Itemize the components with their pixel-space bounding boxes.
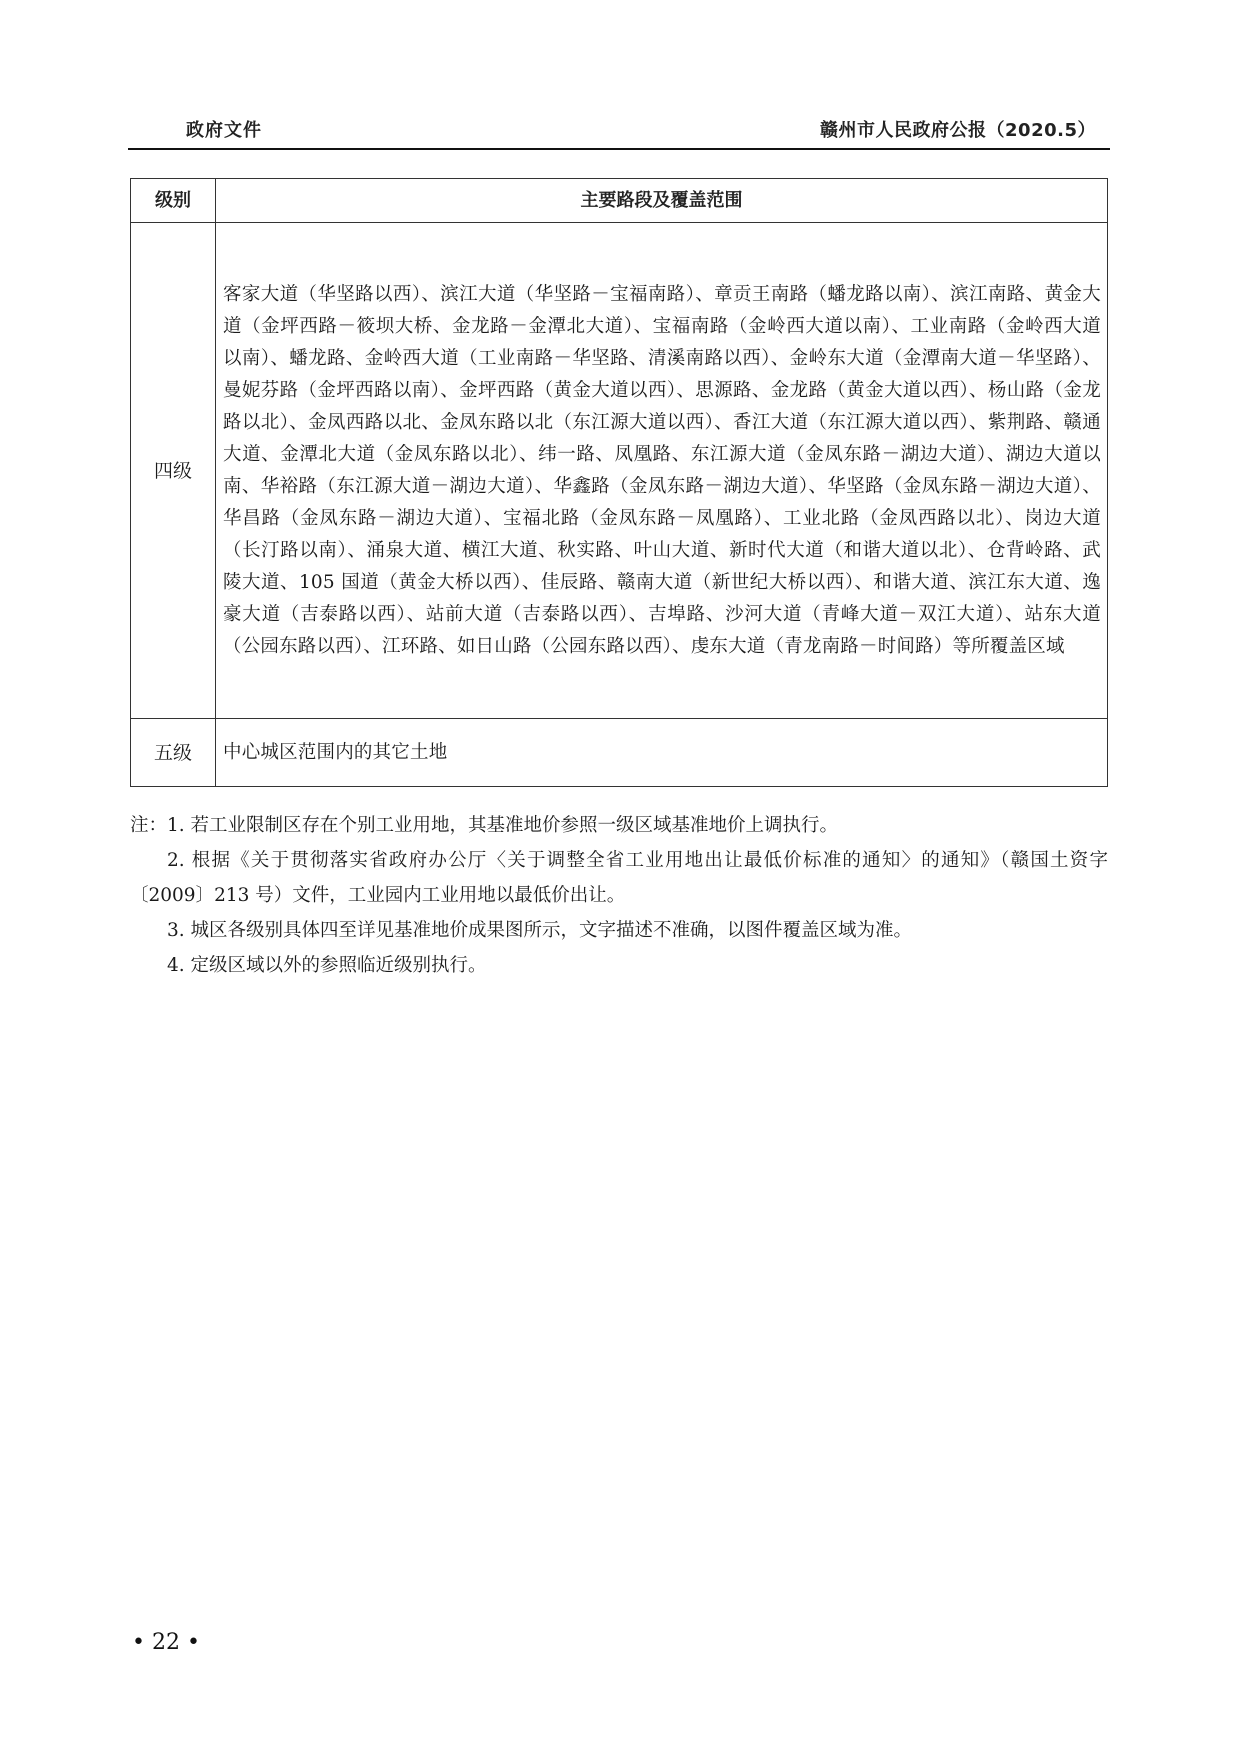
level-cell: 四级 [131, 223, 216, 719]
coverage-cell: 中心城区范围内的其它土地 [216, 719, 1108, 787]
note-1: 注：1. 若工业限制区存在个别工业用地，其基准地价参照一级区域基准地价上调执行。 [130, 808, 1108, 843]
notes: 注：1. 若工业限制区存在个别工业用地，其基准地价参照一级区域基准地价上调执行。… [130, 808, 1108, 983]
note-2: 2. 根据《关于贯彻落实省政府办公厅〈关于调整全省工业用地出让最低价标准的通知〉… [130, 843, 1108, 913]
header-rule [128, 148, 1110, 150]
column-header-coverage: 主要路段及覆盖范围 [216, 179, 1108, 223]
running-header: 政府文件 赣州市人民政府公报（2020.5） [128, 112, 1110, 142]
page-number: • 22 • [132, 1630, 200, 1655]
column-header-level: 级别 [131, 179, 216, 223]
table-row: 四级 客家大道（华坚路以西）、滨江大道（华坚路－宝福南路）、章贡王南路（蟠龙路以… [131, 223, 1108, 719]
note-4: 4. 定级区域以外的参照临近级别执行。 [130, 948, 1108, 983]
section-title: 政府文件 [186, 116, 262, 142]
publication-title: 赣州市人民政府公报（2020.5） [820, 116, 1096, 142]
land-level-table: 级别 主要路段及覆盖范围 四级 客家大道（华坚路以西）、滨江大道（华坚路－宝福南… [130, 178, 1108, 787]
level-cell: 五级 [131, 719, 216, 787]
table-header-row: 级别 主要路段及覆盖范围 [131, 179, 1108, 223]
note-3: 3. 城区各级别具体四至详见基准地价成果图所示，文字描述不准确，以图件覆盖区域为… [130, 913, 1108, 948]
coverage-cell: 客家大道（华坚路以西）、滨江大道（华坚路－宝福南路）、章贡王南路（蟠龙路以南）、… [216, 223, 1108, 719]
table-row: 五级 中心城区范围内的其它土地 [131, 719, 1108, 787]
